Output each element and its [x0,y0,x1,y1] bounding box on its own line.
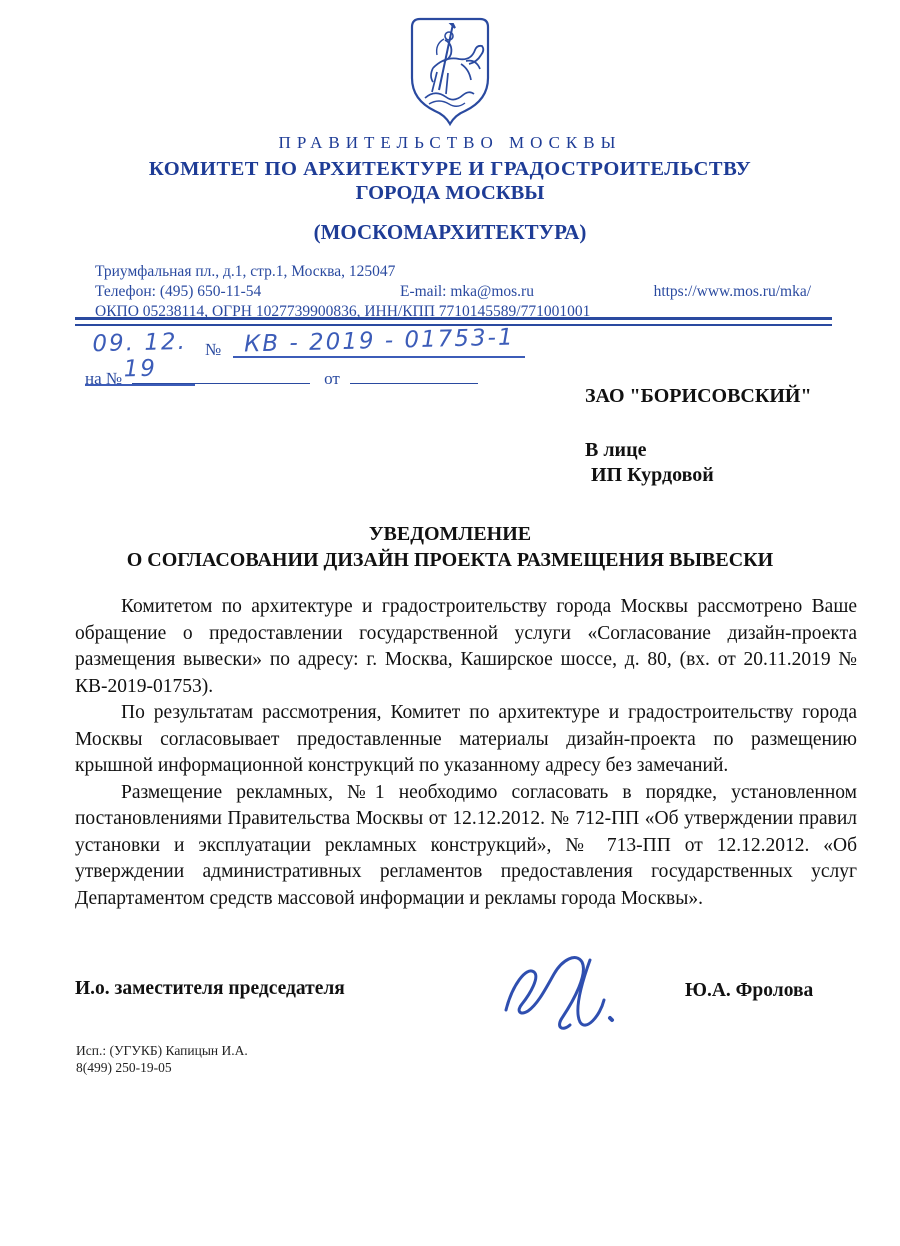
org-phone: Телефон: (495) 650-11-54 [95,282,400,302]
outgoing-number-field: КВ - 2019 - 01753-1 [233,328,525,358]
document-title: УВЕДОМЛЕНИЕ О СОГЛАСОВАНИИ ДИЗАЙН ПРОЕКТ… [0,521,900,573]
handwritten-number: КВ - 2019 - 01753-1 [243,324,514,357]
letter-body: Комитетом по архитектуре и градостроител… [75,594,857,912]
recipient-represented-by: В лице [585,438,812,463]
org-header: ПРАВИТЕЛЬСТВО МОСКВЫ КОМИТЕТ ПО АРХИТЕКТ… [0,133,900,245]
recipient-name: ЗАО "БОРИСОВСКИЙ" [585,385,812,408]
reply-date-label: от [324,369,340,388]
paragraph-2: По результатам рассмотрения, Комитет по … [75,700,857,780]
letter-page: ПРАВИТЕЛЬСТВО МОСКВЫ КОМИТЕТ ПО АРХИТЕКТ… [0,0,900,1246]
document-title-line-2: О СОГЛАСОВАНИИ ДИЗАЙН ПРОЕКТА РАЗМЕЩЕНИЯ… [0,547,900,573]
executor-phone: 8(499) 250-19-05 [76,1059,248,1076]
reply-ref-row: на №от [85,369,478,389]
recipient-representative: ИП Курдовой [585,463,812,488]
moscow-coat-of-arms-icon [403,14,497,130]
org-address: Триумфальная пл., д.1, стр.1, Москва, 12… [95,262,811,282]
document-title-line-1: УВЕДОМЛЕНИЕ [0,521,900,547]
signer-name: Ю.А. Фролова [685,980,813,1002]
committee-abbreviation: (МОСКОМАРХИТЕКТУРА) [0,220,900,245]
reply-number-blank [132,369,310,384]
government-line: ПРАВИТЕЛЬСТВО МОСКВЫ [0,133,900,153]
header-divider [75,317,832,326]
committee-line-2: ГОРОДА МОСКВЫ [0,181,900,205]
paragraph-3: Размещение рекламных, №1 необходимо согл… [75,780,857,913]
number-sign-label: № [205,340,221,360]
contacts-row: Телефон: (495) 650-11-54 E-mail: mka@mos… [95,282,811,302]
contacts-block: Триумфальная пл., д.1, стр.1, Москва, 12… [95,262,811,322]
org-website: https://www.mos.ru/mka/ [645,282,811,302]
executor-block: Исп.: (УГУКБ) Капицын И.А. 8(499) 250-19… [76,1042,248,1076]
signer-position: И.о. заместителя председателя [75,978,345,1000]
paragraph-1: Комитетом по архитектуре и градостроител… [75,594,857,700]
signature-autograph-icon [498,948,643,1045]
org-email: E-mail: mka@mos.ru [400,282,645,302]
executor-name: Исп.: (УГУКБ) Капицын И.А. [76,1042,248,1059]
signature-row: И.о. заместителя председателя Ю.А. Фроло… [0,948,900,1043]
recipient-block: ЗАО "БОРИСОВСКИЙ" В лице ИП Курдовой [585,385,812,488]
reply-date-blank [350,369,478,384]
committee-line-1: КОМИТЕТ ПО АРХИТЕКТУРЕ И ГРАДОСТРОИТЕЛЬС… [0,157,900,181]
reply-number-label: на № [85,369,122,388]
